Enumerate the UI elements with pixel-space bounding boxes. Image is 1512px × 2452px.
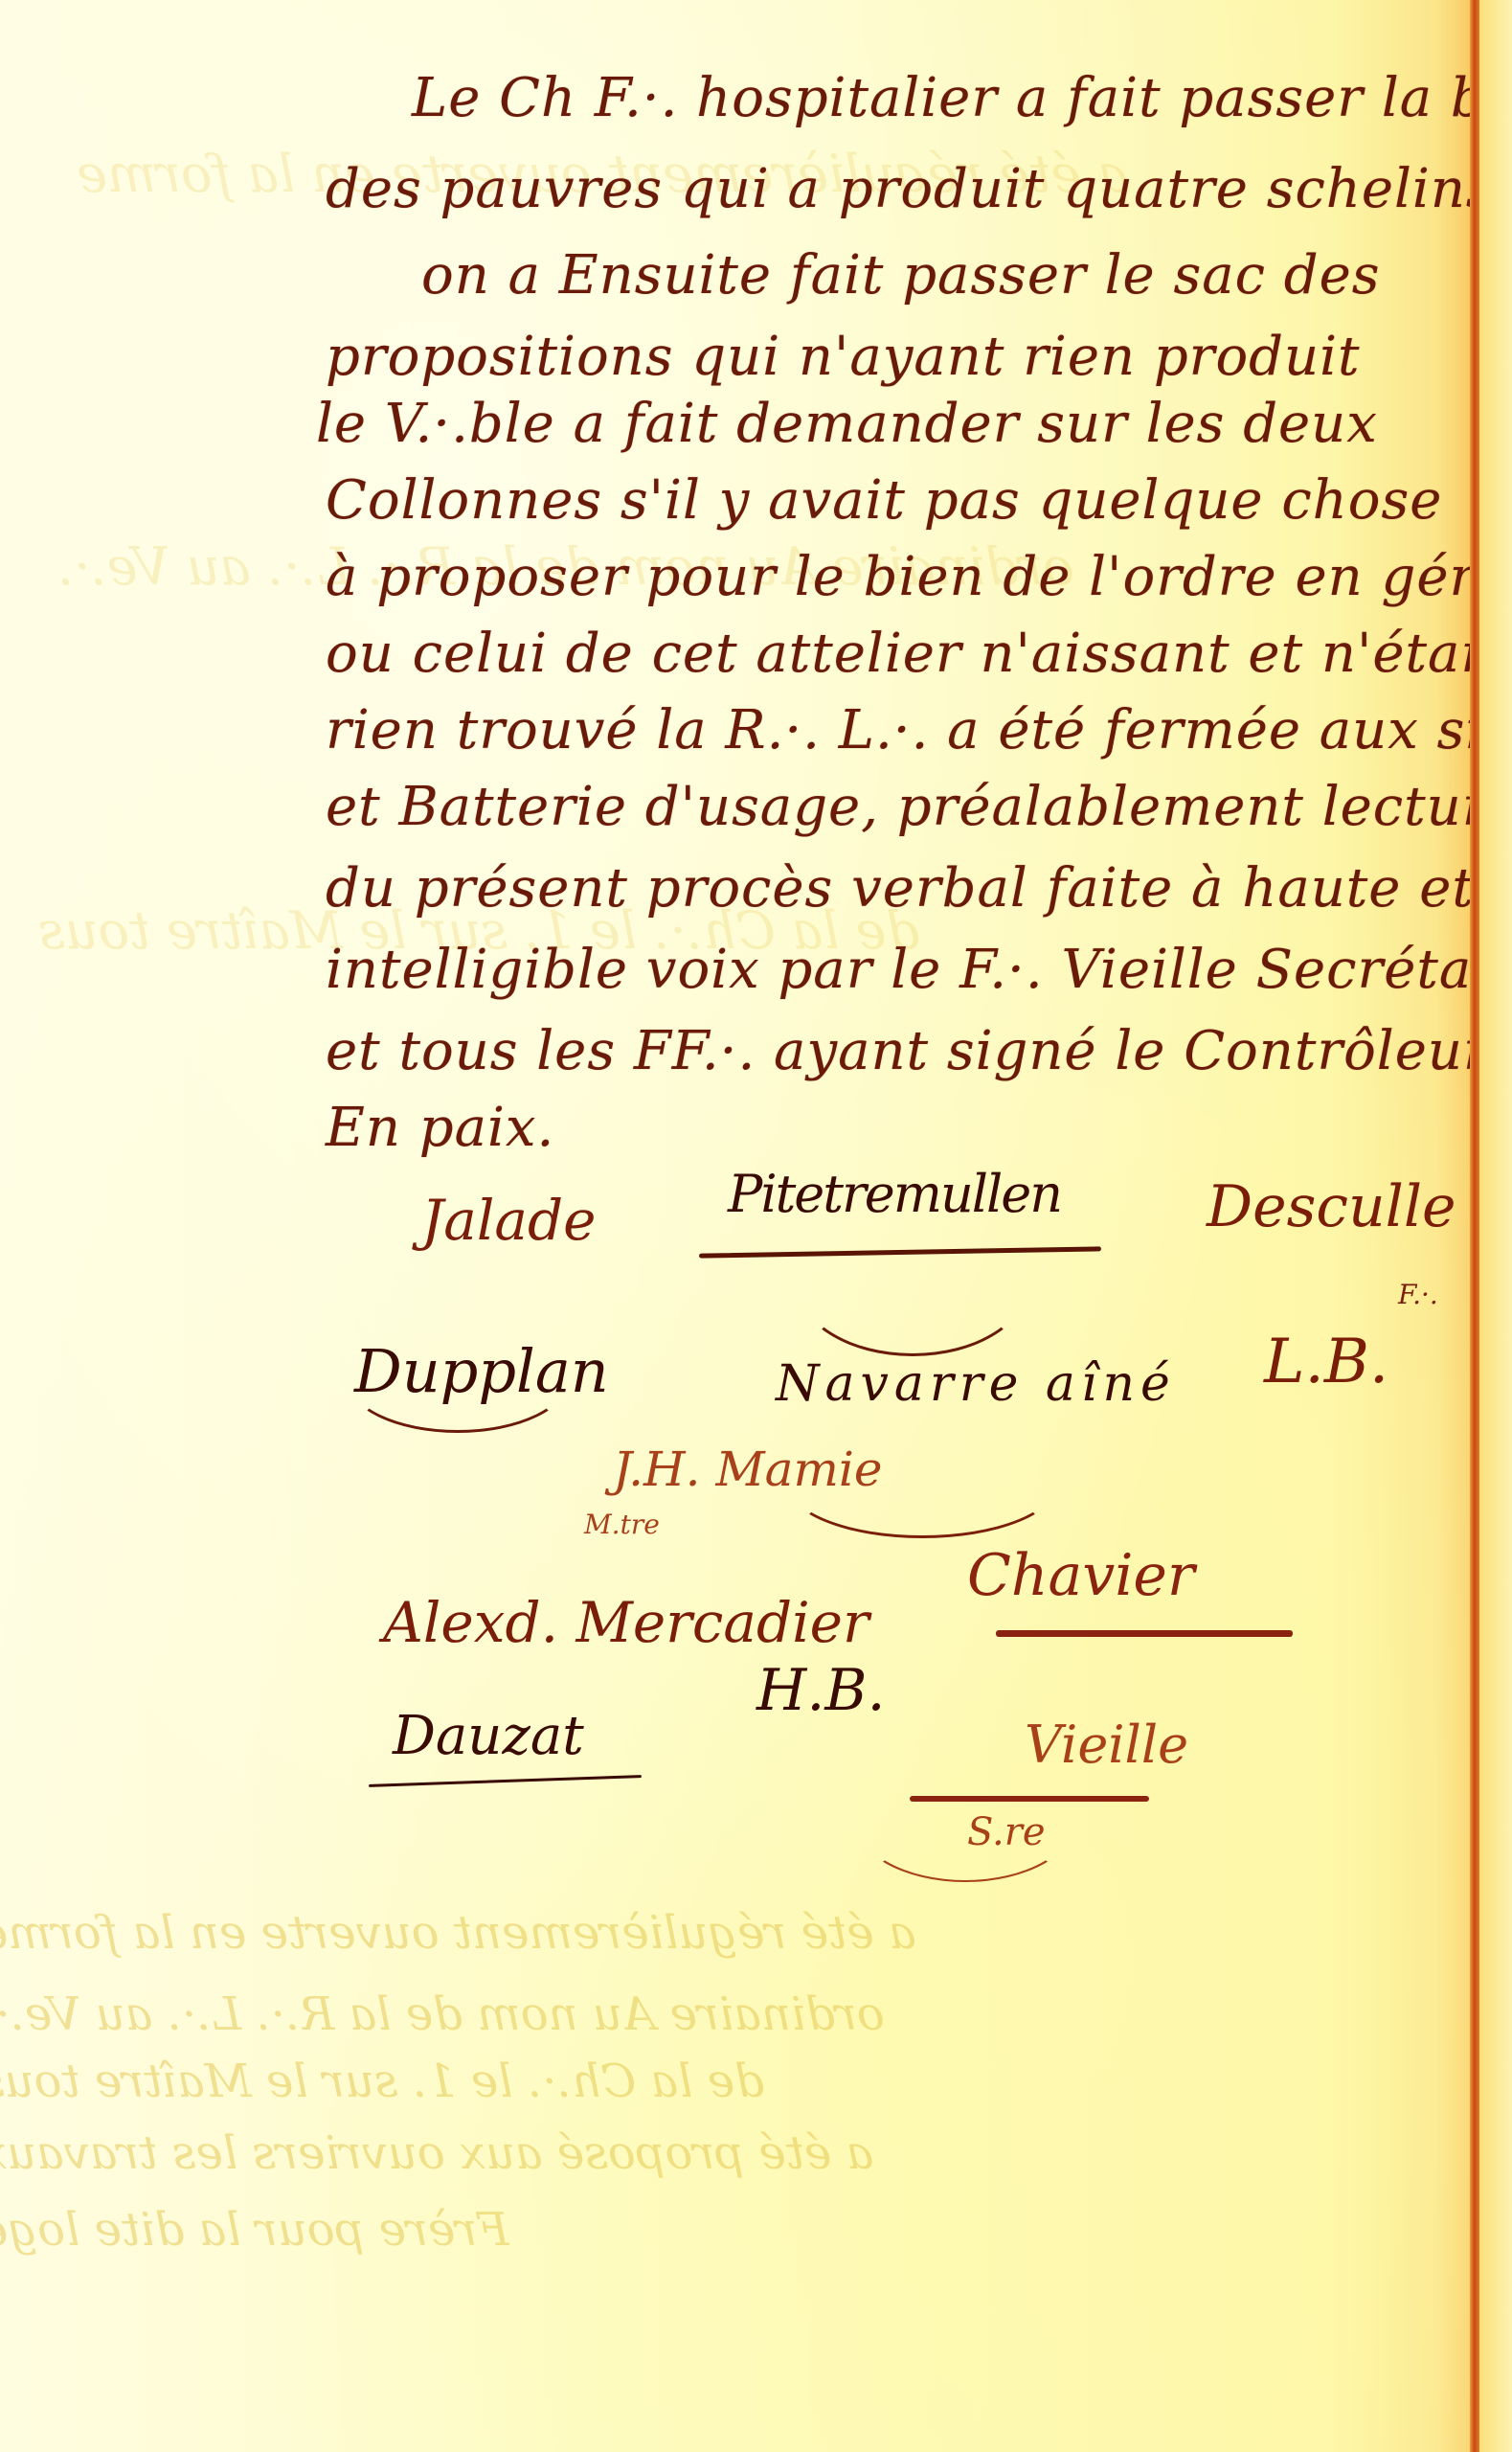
signature-mamie-title: M.tre [584, 1509, 660, 1540]
bleed-line: a été régulièrement ouverte en la forme [0, 1906, 916, 1960]
signature-desculle: Desculle [1207, 1173, 1456, 1240]
text-line: propositions qui n'ayant rien produit [326, 326, 1361, 388]
bleed-line: de la Ch.·. le 1. sur le Maître tous [0, 2055, 764, 2108]
signature-flourish [785, 1427, 1059, 1538]
signature-dauzat: Dauzat [393, 1705, 584, 1767]
bleed-line: a été proposé aux ouvriers les travaux [0, 2126, 873, 2180]
text-line: et Batterie d'usage, préalablement lectu… [326, 776, 1512, 838]
text-line: intelligible voix par le F.·. Vieille Se… [326, 939, 1512, 1001]
text-line: du présent procès verbal faite à haute e… [326, 857, 1475, 919]
text-line: ou celui de cet attelier n'aissant et n'… [326, 623, 1512, 685]
manuscript-page: a été régulièrement ouverte en la forme … [0, 0, 1512, 2452]
signature-jalade: Jalade [421, 1188, 596, 1253]
signature-mercadier: Alexd. Mercadier [383, 1590, 869, 1655]
bleed-through-text: a été régulièrement ouverte en la forme … [0, 1887, 1465, 2423]
text-line: à proposer pour le bien de l'ordre en gé… [326, 546, 1512, 608]
signature-flourish [852, 1753, 1078, 1882]
text-line: des pauvres qui a produit quatre schelin… [326, 158, 1495, 220]
text-line: Le Ch F.·. hospitalier a fait passer la … [412, 67, 1512, 129]
signature-underline [996, 1630, 1293, 1637]
signature-lb: L.B. [1264, 1327, 1388, 1397]
text-line: et tous les FF.·. ayant signé le Contrôl… [326, 1020, 1490, 1082]
text-line: Collonnes s'il y avait pas quelque chose [326, 469, 1442, 532]
signature-navarre: Navarre aîné [776, 1355, 1176, 1413]
signature-hb: H.B. [756, 1657, 886, 1724]
signature-vieille: Vieille [1025, 1714, 1188, 1775]
signature-flourish [795, 1207, 1030, 1356]
page-binding-edge [1470, 0, 1479, 2452]
signature-chavier: Chavier [967, 1542, 1195, 1609]
text-line: on a Ensuite fait passer le sac des [421, 244, 1381, 306]
text-line: En paix. [326, 1097, 554, 1159]
signature-flourish [345, 1322, 571, 1433]
bleed-line: Frère pour la dite loge [0, 2203, 509, 2257]
signature-underline [369, 1775, 642, 1787]
signature-lb-title: F.·. [1398, 1279, 1438, 1310]
adjacent-page-edge [1479, 0, 1512, 2452]
text-line: rien trouvé la R.·. L.·. a été fermée au… [326, 699, 1512, 761]
text-line: le V.·.ble a fait demander sur les deux [316, 393, 1378, 455]
bleed-line: ordinaire Au nom de la R.·. L.·. au Ve.·… [0, 1987, 885, 2041]
